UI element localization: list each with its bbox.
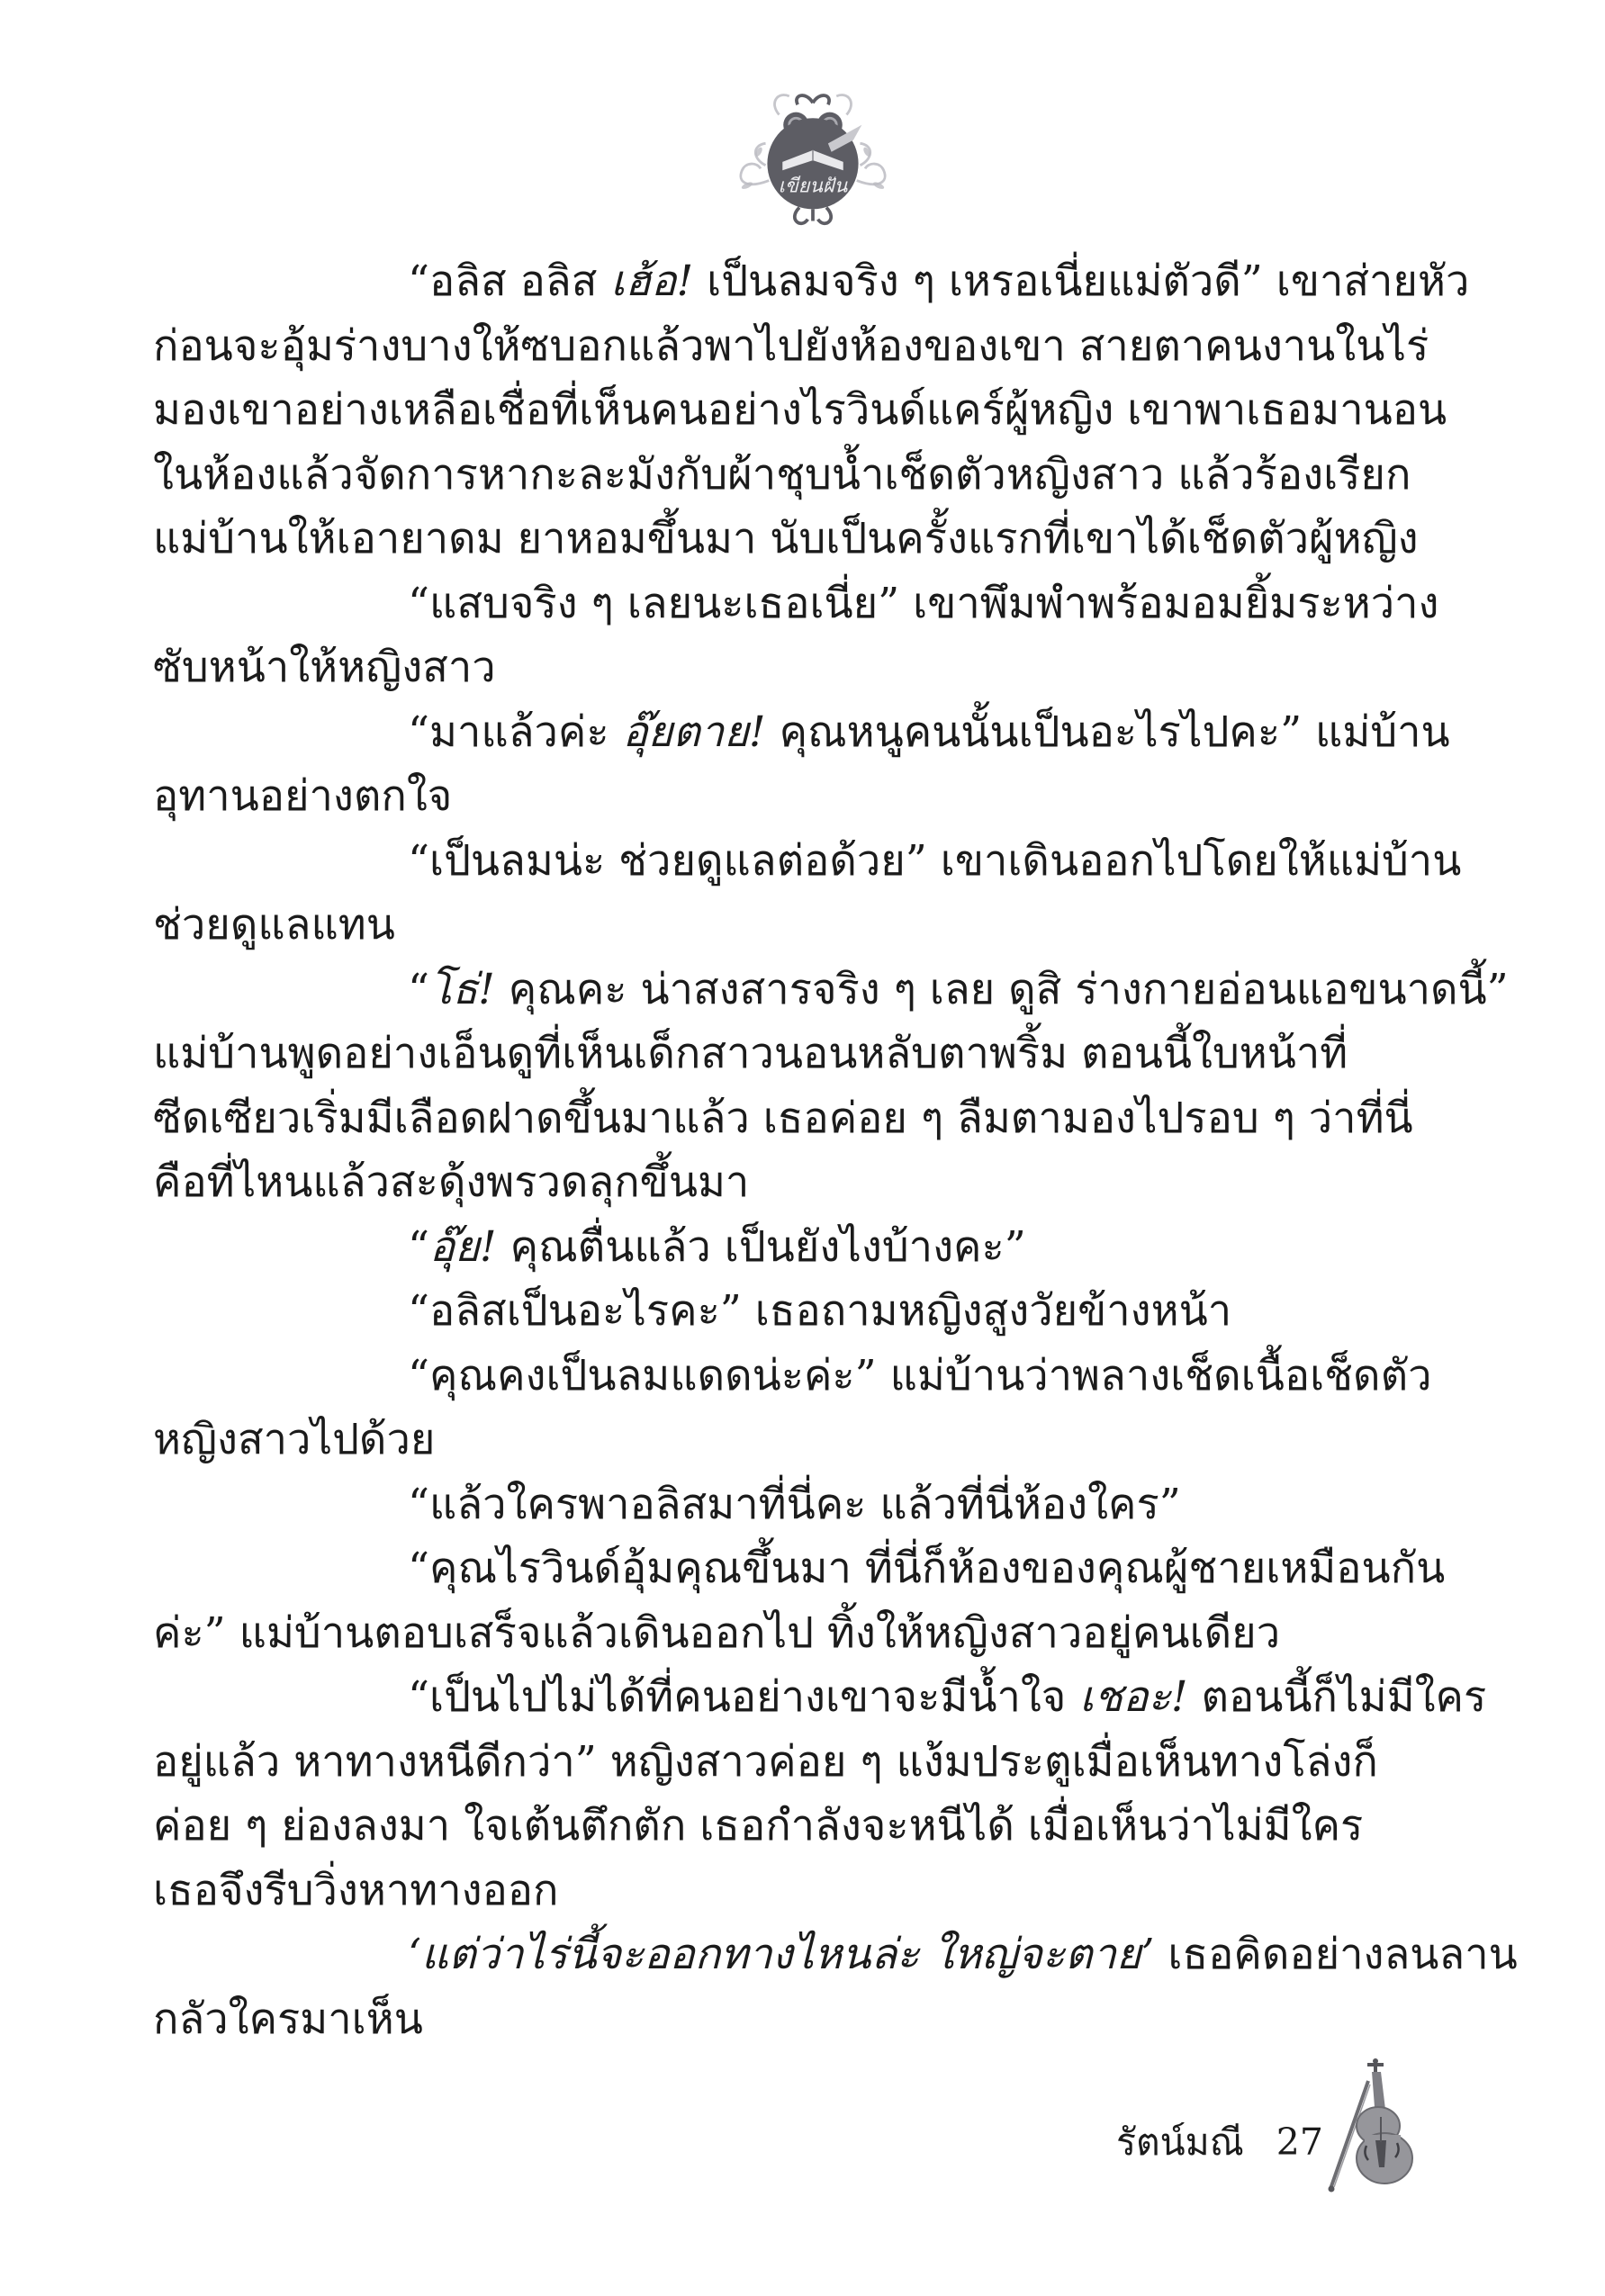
text-segment: “อลิส อลิส: [408, 257, 610, 306]
text-line: แม่บ้านพูดอย่างเอ็นดูที่เห็นเด็กสาวนอนหล…: [153, 1022, 1456, 1086]
publisher-emblem: เขียนฝัน: [727, 81, 898, 241]
text-line: “อลิส อลิส เฮ้อ! เป็นลมจริง ๆ เหรอเนี่ยแ…: [153, 249, 1456, 314]
book-page: เขียนฝัน “อลิส อลิส เฮ้อ! เป็นลมจริง ๆ เ…: [0, 0, 1605, 2296]
text-line: “คุณไรวินด์อุ้มคุณขึ้นมา ที่นี่ก็ห้องของ…: [153, 1536, 1456, 1601]
text-segment-italic: โธ่!: [429, 965, 495, 1014]
text-line: หญิงสาวไปด้วย: [153, 1408, 1456, 1472]
text-segment: แม่บ้านพูดอย่างเอ็นดูที่เห็นเด็กสาวนอนหล…: [153, 1029, 1348, 1078]
text-segment: ตอนนี้ก็ไม่มีใคร: [1188, 1672, 1487, 1722]
text-segment: ค่อย ๆ ย่องลงมา ใจเต้นตึกตัก เธอกำลังจะห…: [153, 1801, 1363, 1850]
text-segment-italic: อุ๊ยตาย!: [623, 707, 766, 757]
text-line: ในห้องแล้วจัดการหากะละมังกับผ้าชุบน้ำเช็…: [153, 443, 1456, 508]
text-segment: หญิงสาวไปด้วย: [153, 1415, 435, 1464]
text-segment: เป็นลมจริง ๆ เหรอเนี่ยแม่ตัวดี” เขาส่ายห…: [693, 257, 1469, 306]
text-line: ‘แต่ว่าไร่นี้จะออกทางไหนล่ะ ใหญ่จะตาย’ เ…: [153, 1922, 1456, 1987]
text-segment: มองเขาอย่างเหลือเชื่อที่เห็นคนอย่างไรวิน…: [153, 385, 1447, 435]
text-segment: แม่บ้านให้เอายาดม ยาหอมขึ้นมา นับเป็นครั…: [153, 514, 1419, 563]
text-line: “มาแล้วค่ะ อุ๊ยตาย! คุณหนูคนนั้นเป็นอะไร…: [153, 700, 1456, 765]
text-segment: เธอจึงรีบวิ่งหาทางออก: [153, 1866, 559, 1915]
text-segment: อยู่แล้ว หาทางหนีดีกว่า” หญิงสาวค่อย ๆ แ…: [153, 1737, 1378, 1787]
text-line: ช่วยดูแลแทน: [153, 893, 1456, 958]
text-segment: คุณหนูคนนั้นเป็นอะไรไปคะ” แม่บ้าน: [766, 707, 1450, 757]
text-line: “คุณคงเป็นลมแดดน่ะค่ะ” แม่บ้านว่าพลางเช็…: [153, 1344, 1456, 1409]
text-line: ซับหน้าให้หญิงสาว: [153, 635, 1456, 700]
text-line: “อุ๊ย! คุณตื่นแล้ว เป็นยังไงบ้างคะ”: [153, 1215, 1456, 1280]
text-line: ค่อย ๆ ย่องลงมา ใจเต้นตึกตัก เธอกำลังจะห…: [153, 1794, 1456, 1859]
text-segment: ก่อนจะอุ้มร่างบางให้ซบอกแล้วพาไปยังห้องข…: [153, 321, 1429, 371]
text-segment: “: [408, 1222, 429, 1272]
page-footer: รัตน์มณี27: [1116, 2097, 1494, 2241]
text-segment-italic: เชอะ!: [1079, 1672, 1187, 1722]
text-segment: “เป็นไปไม่ได้ที่คนอย่างเขาจะมีน้ำใจ: [408, 1672, 1079, 1722]
text-segment: คุณคะ น่าสงสารจริง ๆ เลย ดูสิ ร่างกายอ่อ…: [495, 965, 1509, 1014]
text-line: อยู่แล้ว หาทางหนีดีกว่า” หญิงสาวค่อย ๆ แ…: [153, 1730, 1456, 1795]
text-segment: ค่ะ” แม่บ้านตอบเสร็จแล้วเดินออกไป ทิ้งให…: [153, 1608, 1280, 1658]
text-line: ค่ะ” แม่บ้านตอบเสร็จแล้วเดินออกไป ทิ้งให…: [153, 1601, 1456, 1666]
text-line: “เป็นไปไม่ได้ที่คนอย่างเขาจะมีน้ำใจ เชอะ…: [153, 1665, 1456, 1730]
book-title: รัตน์มณี: [1116, 2120, 1244, 2164]
text-line: ก่อนจะอุ้มร่างบางให้ซบอกแล้วพาไปยังห้องข…: [153, 314, 1456, 379]
text-line: แม่บ้านให้เอายาดม ยาหอมขึ้นมา นับเป็นครั…: [153, 507, 1456, 572]
text-line: คือที่ไหนแล้วสะดุ้งพรวดลุกขึ้นมา: [153, 1150, 1456, 1215]
text-segment: เธอคิดอย่างลนลาน: [1154, 1930, 1517, 1979]
text-segment: อุทานอย่างตกใจ: [153, 771, 452, 821]
text-segment: “คุณคงเป็นลมแดดน่ะค่ะ” แม่บ้านว่าพลางเช็…: [408, 1351, 1431, 1400]
text-line: อุทานอย่างตกใจ: [153, 764, 1456, 829]
text-segment: ซับหน้าให้หญิงสาว: [153, 643, 496, 692]
footer-text: รัตน์มณี27: [1116, 2113, 1323, 2172]
text-segment: ในห้องแล้วจัดการหากะละมังกับผ้าชุบน้ำเช็…: [153, 450, 1411, 500]
text-line: “อลิสเป็นอะไรคะ” เธอถามหญิงสูงวัยข้างหน้…: [153, 1279, 1456, 1344]
text-segment: “เป็นลมน่ะ ช่วยดูแลต่อด้วย” เขาเดินออกไป…: [408, 836, 1461, 886]
text-segment-italic: อุ๊ย!: [429, 1222, 497, 1272]
text-segment: “: [408, 965, 429, 1014]
text-line: “เป็นลมน่ะ ช่วยดูแลต่อด้วย” เขาเดินออกไป…: [153, 829, 1456, 894]
text-segment: กลัวใครมาเห็น: [153, 1994, 423, 2044]
text-segment: คือที่ไหนแล้วสะดุ้งพรวดลุกขึ้นมา: [153, 1157, 749, 1207]
violin-icon: [1321, 2057, 1428, 2194]
text-line: “แล้วใครพาอลิสมาที่นี่คะ แล้วที่นี่ห้องใ…: [153, 1472, 1456, 1537]
text-segment: “แล้วใครพาอลิสมาที่นี่คะ แล้วที่นี่ห้องใ…: [408, 1480, 1181, 1529]
text-segment: “มาแล้วค่ะ: [408, 707, 623, 757]
body-text: “อลิส อลิส เฮ้อ! เป็นลมจริง ๆ เหรอเนี่ยแ…: [153, 249, 1456, 2051]
text-segment: คุณตื่นแล้ว เป็นยังไงบ้างคะ”: [497, 1222, 1026, 1272]
emblem-text: เขียนฝัน: [779, 176, 849, 198]
publisher-emblem-icon: เขียนฝัน: [727, 81, 898, 241]
text-line: กลัวใครมาเห็น: [153, 1987, 1456, 2052]
text-line: เธอจึงรีบวิ่งหาทางออก: [153, 1859, 1456, 1923]
text-segment: “คุณไรวินด์อุ้มคุณขึ้นมา ที่นี่ก็ห้องของ…: [408, 1544, 1445, 1593]
page-number: 27: [1276, 2120, 1323, 2164]
text-line: “แสบจริง ๆ เลยนะเธอเนี่ย” เขาพึมพำพร้อมอ…: [153, 572, 1456, 636]
text-line: “โธ่! คุณคะ น่าสงสารจริง ๆ เลย ดูสิ ร่าง…: [153, 958, 1456, 1022]
text-line: ซีดเซียวเริ่มมีเลือดฝาดขึ้นมาแล้ว เธอค่อ…: [153, 1086, 1456, 1151]
text-segment: ช่วยดูแลแทน: [153, 900, 395, 950]
text-segment: “อลิสเป็นอะไรคะ” เธอถามหญิงสูงวัยข้างหน้…: [408, 1286, 1231, 1336]
text-line: มองเขาอย่างเหลือเชื่อที่เห็นคนอย่างไรวิน…: [153, 378, 1456, 443]
text-segment: “แสบจริง ๆ เลยนะเธอเนี่ย” เขาพึมพำพร้อมอ…: [408, 579, 1438, 628]
text-segment: ซีดเซียวเริ่มมีเลือดฝาดขึ้นมาแล้ว เธอค่อ…: [153, 1094, 1413, 1143]
text-segment-italic: เฮ้อ!: [610, 257, 693, 306]
text-segment-italic: ‘แต่ว่าไร่นี้จะออกทางไหนล่ะ ใหญ่จะตาย’: [408, 1930, 1154, 1979]
